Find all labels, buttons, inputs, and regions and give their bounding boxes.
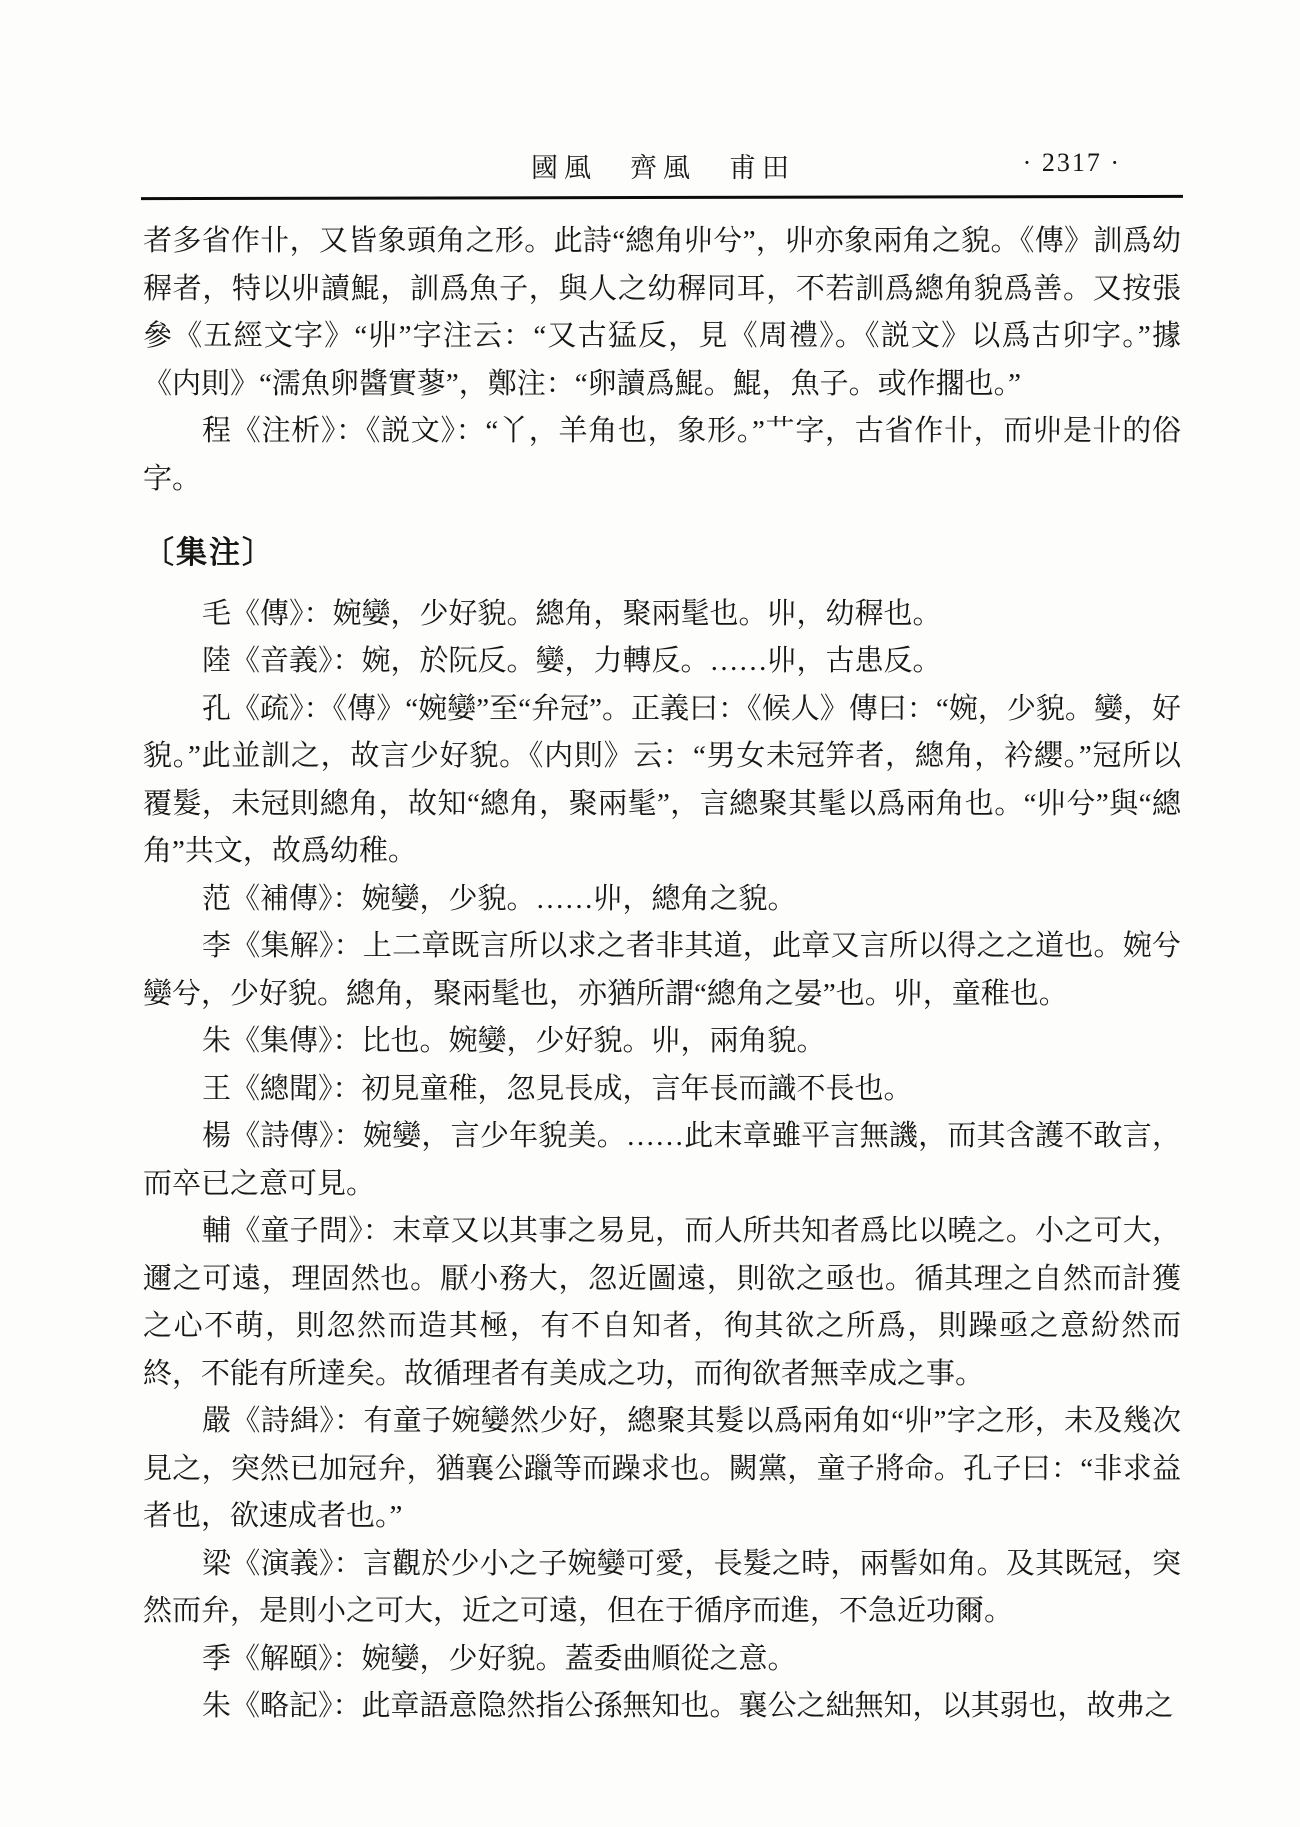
- page-body: 者多省作卝，又皆象頭角之形。此詩“總角丱兮”，丱亦象兩角之貌。《傳》訓爲幼稺者，…: [143, 218, 1181, 1731]
- entry-liang-yanyi: 梁《演義》：言觀於少小之子婉孌可愛，長髮之時，兩髻如角。及其既冠，突然而弁，是則…: [143, 1541, 1181, 1636]
- entry-zhu-lueji: 朱《略記》：此章語意隐然指公孫無知也。襄公之絀無知，以其弱也，故弗之: [143, 1683, 1181, 1731]
- entry-ji-jieyi: 季《解頤》：婉孌，少好貌。蓋委曲順從之意。: [143, 1636, 1181, 1684]
- entry-wang-zongwen: 王《總聞》：初見童稚，忽見長成，言年長而識不長也。: [143, 1066, 1181, 1114]
- header-rule: [141, 195, 1183, 200]
- paragraph-continuation-guan-discussion: 者多省作卝，又皆象頭角之形。此詩“總角丱兮”，丱亦象兩角之貌。《傳》訓爲幼稺者，…: [143, 218, 1181, 408]
- entry-yang-shizhuan: 楊《詩傳》：婉孌，言少年貌美。……此末章雖平言無譏，而其含護不敢言，而卒已之意可…: [143, 1113, 1181, 1208]
- entry-mao-zhuan: 毛《傳》：婉孌，少好貌。總角，聚兩髦也。丱，幼稺也。: [143, 591, 1181, 639]
- entry-fan-buzhuan: 范《補傳》：婉孌，少貌。……丱，總角之貌。: [143, 876, 1181, 924]
- entry-yan-shiji: 嚴《詩緝》：有童子婉孌然少好，總聚其髮以爲兩角如“丱”字之形，未及幾次見之，突然…: [143, 1398, 1181, 1541]
- entry-li-jijie: 李《集解》：上二章既言所以求之者非其道，此章又言所以得之之道也。婉兮孌兮，少好貌…: [143, 923, 1181, 1018]
- book-page: 國風 齊風 甫田 · 2317 · 者多省作卝，又皆象頭角之形。此詩“總角丱兮”…: [0, 0, 1300, 1827]
- page-number: · 2317 ·: [1023, 148, 1121, 178]
- paragraph-cheng-zhuxi: 程《注析》：《説文》：“丫，羊角也，象形。”艹字，古省作卝，而丱是卝的俗字。: [143, 408, 1181, 503]
- entry-kong-shu: 孔《疏》：《傳》“婉孌”至“弁冠”。正義曰：《候人》傳曰：“婉，少貌。孌，好貌。…: [143, 686, 1181, 876]
- entry-lu-yinyi: 陸《音義》：婉，於阮反。孌，力轉反。……丱，古患反。: [143, 638, 1181, 686]
- page-header: 國風 齊風 甫田 · 2317 ·: [143, 138, 1183, 186]
- entry-zhu-jizhuan: 朱《集傳》：比也。婉孌，少好貌。丱，兩角貌。: [143, 1018, 1181, 1066]
- entry-fu-tongziwen: 輔《童子問》：末章又以其事之易見，而人所共知者爲比以曉之。小之可大，邇之可遠，理…: [143, 1208, 1181, 1398]
- section-heading-jizhu: 〔集注〕: [143, 529, 1181, 577]
